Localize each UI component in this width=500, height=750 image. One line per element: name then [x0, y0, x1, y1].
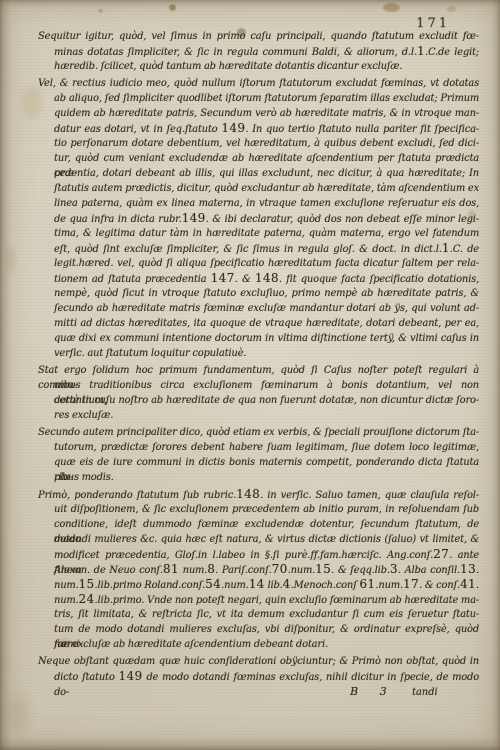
- text-line: quæ eis de iure communi in dictis bonis …: [54, 455, 479, 470]
- book-page: 171 Sequitur igitur, quòd, vel ſimus in …: [0, 0, 500, 750]
- text-line: modificet præcedentia, Gloſ.in l.labeo i…: [54, 547, 479, 562]
- text-block: Sequitur igitur, quòd, vel ſimus in prim…: [38, 29, 479, 700]
- paper-stain: [383, 3, 400, 12]
- paragraph: Vel, & rectius iudicio meo, quòd nullum …: [38, 76, 479, 361]
- text-line: ſtatutis autem prædictis, dicitur, quòd …: [54, 181, 479, 196]
- text-line: quidem ab hæreditate patris, Secundum ve…: [54, 106, 479, 121]
- text-line: minas dotatas ſimpliciter, & ſic in regu…: [54, 44, 479, 59]
- text-line: tio perſonarum dotare debentium, vel hær…: [54, 136, 479, 151]
- signature-mark: B 3: [350, 685, 396, 698]
- paper-stain: [98, 9, 103, 13]
- paragraph: Sequitur igitur, quòd, vel ſimus in prim…: [38, 29, 479, 74]
- text-line: Neque obſtant quædam quæ huic conſiderat…: [38, 654, 479, 669]
- text-line: Primò, ponderando ſtatutum ſub rubric.14…: [38, 487, 479, 502]
- text-line: Secundo autem principaliter dico, quòd e…: [38, 425, 479, 440]
- text-line: tris, ſit limitata, & reſtricta ſic, vt …: [54, 607, 479, 622]
- text-line: nempè, quòd ſicut in vtroque ſtatuto exc…: [54, 286, 479, 301]
- text-line: dotandi mulieres &c. quia hæc eſt natura…: [54, 532, 479, 547]
- text-line: quæ dixi ex communi intentione doctorum …: [54, 331, 479, 346]
- text-line: tur, quòd cum veniant excludendæ ab hære…: [54, 151, 479, 166]
- text-line: de qua infra in dicta rubr.149. & ibi de…: [54, 211, 479, 226]
- text-line: dicto ſtatuto 149 de modo dotandi fœmina…: [54, 669, 479, 684]
- paper-stain: [169, 4, 176, 11]
- signature-line: B 3tandi: [38, 685, 479, 700]
- text-line: Vel, & rectius iudicio meo, quòd nullum …: [38, 76, 479, 91]
- paper-stain: [6, 696, 30, 732]
- text-line: tima, & legitima datur tàm in hæreditate…: [54, 226, 479, 241]
- text-line: verſic. aut ſtatutum loquitur copulatiuè…: [54, 346, 479, 361]
- text-line: datur eas dotari, vt in ſeq.ſtatuto 149.…: [54, 121, 479, 136]
- text-line: conditione, ideſt dummodo fœminæ exclude…: [54, 517, 479, 532]
- text-line: nibus traditionibus circa excluſionem fœ…: [54, 378, 479, 393]
- text-line: Alexan. de Neuo conſ.81 num.8. Pariſ.con…: [54, 562, 479, 577]
- text-line: tutorum, prædictæ ſorores debent habere …: [54, 440, 479, 455]
- paragraph: Stat ergo ſolidum hoc primum fundamentum…: [38, 363, 479, 423]
- paper-stain: [447, 6, 456, 12]
- text-line: Sequitur igitur, quòd, vel ſimus in prim…: [38, 29, 479, 44]
- text-line: num.15.lib.primo Roland.conſ.54.num.14 l…: [54, 577, 479, 592]
- text-line: res excluſæ.: [54, 408, 479, 423]
- paragraph: Neque obſtant quædam quæ huic conſiderat…: [38, 654, 479, 684]
- text-line: Stat ergo ſolidum hoc primum fundamentum…: [38, 363, 479, 378]
- text-line: cedentia, dotari debeant ab illis, qui i…: [54, 166, 479, 181]
- text-line: tum de modo dotandi mulieres excluſas, v…: [54, 622, 479, 637]
- text-line: linea paterna, quàm ex linea materna, in…: [54, 196, 479, 211]
- text-line: eſt, quòd ſint excluſæ ſimpliciter, & ſi…: [54, 241, 479, 256]
- text-line: næ excluſæ ab hæreditate aſcendentium de…: [54, 637, 479, 652]
- text-line: tionem ad ſtatuta præcedentia 147. & 148…: [54, 271, 479, 286]
- paper-stain: [6, 246, 15, 274]
- text-line: uit diſpoſitionem, & ſic excluſionem præ…: [54, 502, 479, 517]
- text-line: legit.hæred. vel, quòd ſi aliqua ſpecifi…: [54, 256, 479, 271]
- text-line: ab aliquo, ſed ſimpliciter quodlibet iſt…: [54, 91, 479, 106]
- catchword: tandi: [412, 685, 438, 700]
- text-line: hæredib. ſcilicet, quòd tantum ab hæredi…: [54, 59, 479, 74]
- paragraph: Secundo autem principaliter dico, quòd e…: [38, 425, 479, 485]
- text-line: certè in caſu noſtro ab hæreditate de qu…: [54, 393, 479, 408]
- text-line: ſecundo ab hæreditate matris fœminæ excl…: [54, 301, 479, 316]
- text-line: ribus modis.: [54, 470, 479, 485]
- text-line: mitti ad dictas hæreditates, ita quoque …: [54, 316, 479, 331]
- text-line: num.24.lib.primo. Vnde non poteſt negari…: [54, 592, 479, 607]
- paragraph: Primò, ponderando ſtatutum ſub rubric.14…: [38, 487, 479, 652]
